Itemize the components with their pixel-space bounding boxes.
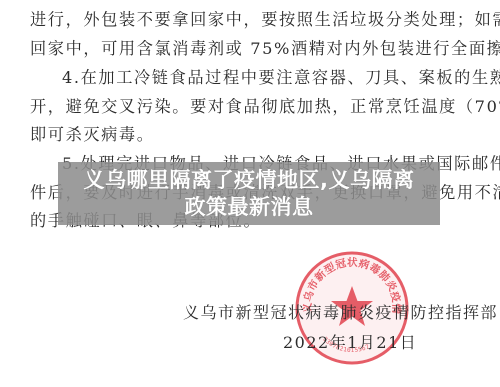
doc-line-4: 开，避免交叉污染。要对食品彻底加热，正常烹饪温度（70℃） [30, 97, 500, 117]
doc-line-1: 进行，外包装不要拿回家中，要按照生活垃圾分类处理；如需拿 [30, 10, 500, 30]
doc-line-2: 回家中，可用含氯消毒剂或 75%酒精对内外包装进行全面擦拭消毒。 [30, 39, 500, 59]
signature-date: 2022年1月21日 [283, 333, 417, 353]
doc-line-5: 即可杀灭病毒。 [30, 125, 155, 145]
overlay-title[interactable]: 义乌哪里隔离了疫情地区,义乌隔离政策最新消息 [79, 167, 419, 221]
title-overlay-banner: 义乌哪里隔离了疫情地区,义乌隔离政策最新消息 [58, 162, 440, 225]
signature-organization: 义乌市新型冠状病毒肺炎疫情防控指挥部 [183, 303, 498, 323]
doc-line-3: 4.在加工冷链食品过程中要注意容器、刀具、案板的生熟分 [62, 68, 500, 88]
